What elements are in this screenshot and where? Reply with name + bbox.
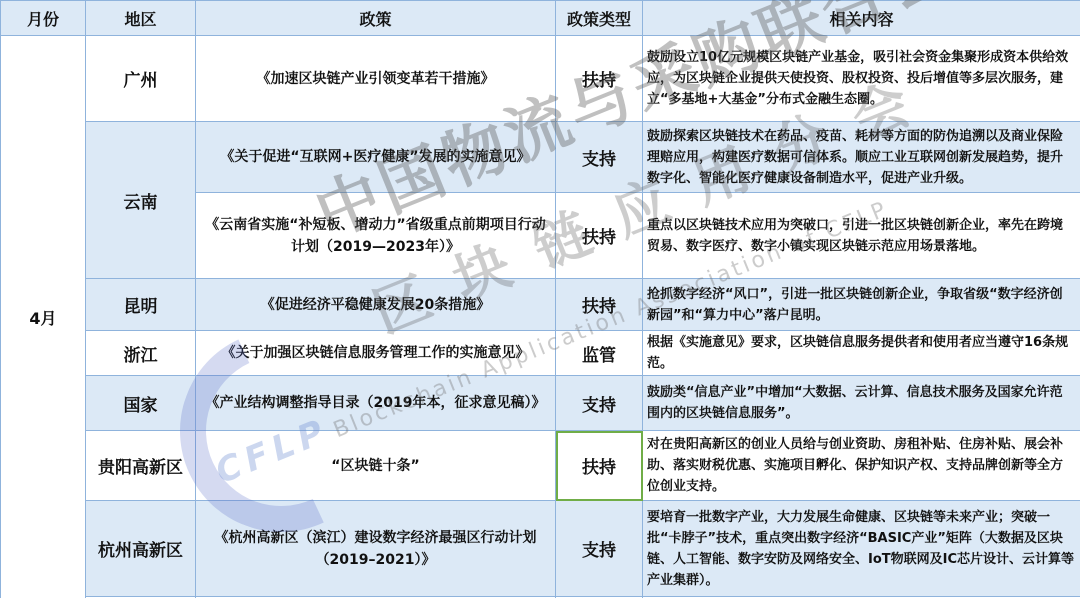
policy-type-cell[interactable]: 支持	[556, 376, 643, 431]
header-policy-type: 政策类型	[556, 1, 643, 36]
policy-type-cell[interactable]: 扶持	[556, 279, 643, 331]
content-cell[interactable]: 抢抓数字经济“风口”，引进一批区块链创新企业，争取省级“数字经济创新园”和“算力…	[643, 279, 1080, 331]
policy-type-cell[interactable]: 监管	[556, 331, 643, 376]
policy-type-cell-selected[interactable]: 扶持	[556, 431, 643, 501]
month-cell[interactable]: 4月	[1, 36, 86, 598]
table-row: 昆明 《促进经济平稳健康发展20条措施》 扶持 抢抓数字经济“风口”，引进一批区…	[1, 279, 1080, 331]
table-row: 杭州高新区 《杭州高新区（滨江）建设数字经济最强区行动计划（2019–2021）…	[1, 501, 1080, 597]
table-row: 国家 《产业结构调整指导目录（2019年本，征求意见稿）》 支持 鼓励类“信息产…	[1, 376, 1080, 431]
region-cell[interactable]: 杭州高新区	[86, 501, 196, 597]
header-month: 月份	[1, 1, 86, 36]
header-policy: 政策	[196, 1, 556, 36]
header-content: 相关内容	[643, 1, 1080, 36]
policy-cell[interactable]: 《加速区块链产业引领变革若干措施》	[196, 36, 556, 122]
content-cell[interactable]: 根据《实施意见》要求，区块链信息服务提供者和使用者应当遵守16条规范。	[643, 331, 1080, 376]
content-cell[interactable]: 鼓励探索区块链技术在药品、疫苗、耗材等方面的防伪追溯以及商业保险理赔应用，构建医…	[643, 122, 1080, 193]
policy-type-cell[interactable]: 支持	[556, 122, 643, 193]
region-cell[interactable]: 广州	[86, 36, 196, 122]
policy-cell[interactable]: 《云南省实施“补短板、增动力”省级重点前期项目行动计划（2019—2023年）》	[196, 193, 556, 279]
header-row: 月份 地区 政策 政策类型 相关内容	[1, 1, 1080, 36]
content-cell[interactable]: 鼓励设立10亿元规模区块链产业基金，吸引社会资金集聚形成资本供给效应，为区块链企…	[643, 36, 1080, 122]
policy-type-cell[interactable]: 扶持	[556, 193, 643, 279]
policy-cell[interactable]: 《关于促进“互联网+医疗健康”发展的实施意见》	[196, 122, 556, 193]
table-row: 4月 广州 《加速区块链产业引领变革若干措施》 扶持 鼓励设立10亿元规模区块链…	[1, 36, 1080, 122]
region-cell[interactable]: 云南	[86, 122, 196, 279]
table-row: 贵阳高新区 “区块链十条” 扶持 对在贵阳高新区的创业人员给与创业资助、房租补贴…	[1, 431, 1080, 501]
region-cell[interactable]: 昆明	[86, 279, 196, 331]
region-cell[interactable]: 浙江	[86, 331, 196, 376]
table-row: 云南 《关于促进“互联网+医疗健康”发展的实施意见》 支持 鼓励探索区块链技术在…	[1, 122, 1080, 193]
content-cell[interactable]: 对在贵阳高新区的创业人员给与创业资助、房租补贴、住房补贴、展会补助、落实财税优惠…	[643, 431, 1080, 501]
policy-cell[interactable]: 《促进经济平稳健康发展20条措施》	[196, 279, 556, 331]
region-cell[interactable]: 国家	[86, 376, 196, 431]
policy-cell[interactable]: 《关于加强区块链信息服务管理工作的实施意见》	[196, 331, 556, 376]
content-cell[interactable]: 鼓励类“信息产业”中增加“大数据、云计算、信息技术服务及国家允许范围内的区块链信…	[643, 376, 1080, 431]
policy-cell[interactable]: “区块链十条”	[196, 431, 556, 501]
content-cell[interactable]: 要培育一批数字产业，大力发展生命健康、区块链等未来产业；突破一批“卡脖子”技术，…	[643, 501, 1080, 597]
policy-table: 月份 地区 政策 政策类型 相关内容 4月 广州 《加速区块链产业引领变革若干措…	[0, 0, 1080, 598]
policy-type-cell[interactable]: 扶持	[556, 36, 643, 122]
policy-type-cell[interactable]: 支持	[556, 501, 643, 597]
header-region: 地区	[86, 1, 196, 36]
content-cell[interactable]: 重点以区块链技术应用为突破口，引进一批区块链创新企业，率先在跨境贸易、数字医疗、…	[643, 193, 1080, 279]
policy-cell[interactable]: 《杭州高新区（滨江）建设数字经济最强区行动计划（2019–2021）》	[196, 501, 556, 597]
region-cell[interactable]: 贵阳高新区	[86, 431, 196, 501]
policy-cell[interactable]: 《产业结构调整指导目录（2019年本，征求意见稿）》	[196, 376, 556, 431]
table-row: 浙江 《关于加强区块链信息服务管理工作的实施意见》 监管 根据《实施意见》要求，…	[1, 331, 1080, 376]
